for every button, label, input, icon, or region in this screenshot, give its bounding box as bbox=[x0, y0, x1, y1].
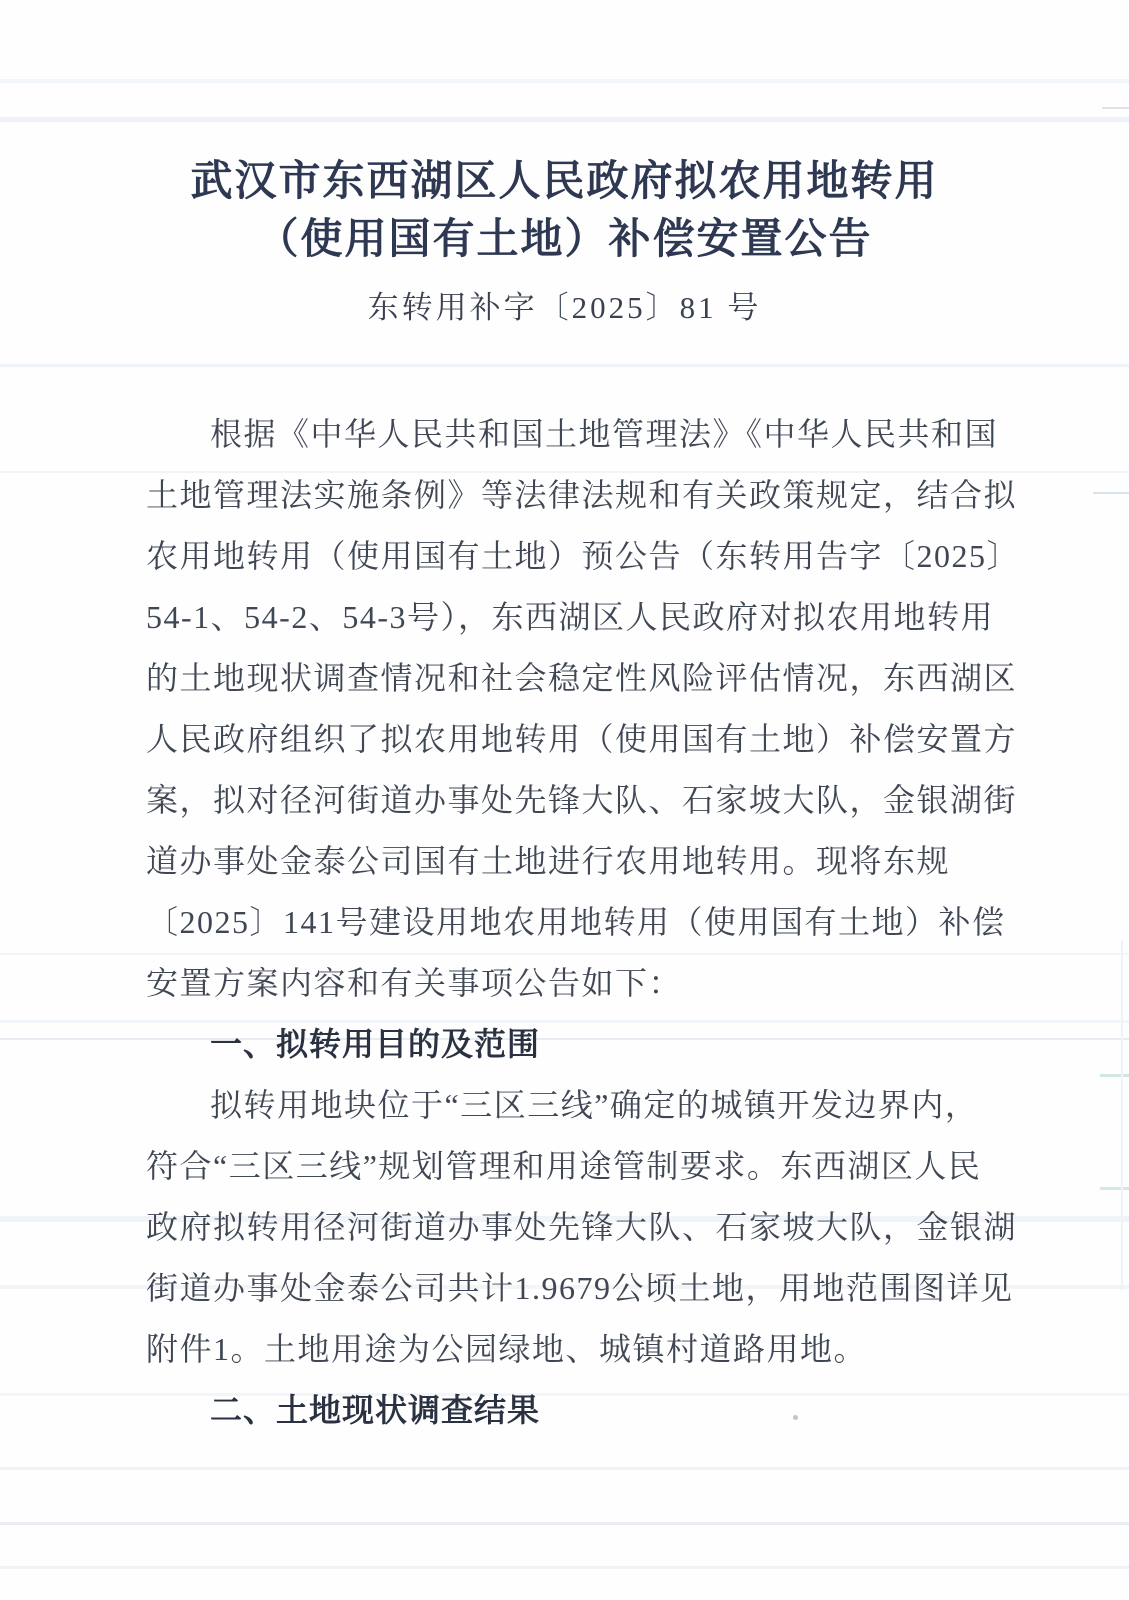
body-line: 土地管理法实施条例》等法律法规和有关政策规定，结合拟 bbox=[146, 465, 986, 526]
body-line: 安置方案内容和有关事项公告如下： bbox=[146, 953, 986, 1014]
body-line: 政府拟转用径河街道办事处先锋大队、石家坡大队，金银湖 bbox=[146, 1197, 986, 1258]
body-line: 街道办事处金泰公司共计1.9679公顷土地，用地范围图详见 bbox=[146, 1258, 986, 1319]
scan-mark bbox=[1102, 107, 1129, 109]
scan-artifact bbox=[0, 1467, 1129, 1470]
body-line: 案，拟对径河街道办事处先锋大队、石家坡大队，金银湖街 bbox=[146, 770, 986, 831]
scan-artifact bbox=[0, 364, 1129, 367]
body-line: 附件1。土地用途为公园绿地、城镇村道路用地。 bbox=[146, 1319, 986, 1380]
body-line: 人民政府组织了拟农用地转用（使用国有土地）补偿安置方 bbox=[146, 709, 986, 770]
scan-mark bbox=[1100, 1187, 1129, 1190]
body-line: 54-1、54-2、54-3号），东西湖区人民政府对拟农用地转用 bbox=[146, 587, 986, 648]
doc-title-line1: 武汉市东西湖区人民政府拟农用地转用 bbox=[0, 152, 1129, 210]
body-line: 符合“三区三线”规划管理和用途管制要求。东西湖区人民 bbox=[146, 1136, 986, 1197]
scan-artifact bbox=[0, 117, 1129, 122]
scan-artifact bbox=[0, 79, 1129, 83]
doc-body: 根据《中华人民共和国土地管理法》《中华人民共和国 土地管理法实施条例》等法律法规… bbox=[146, 404, 986, 1441]
section-heading-2: 二、土地现状调查结果 bbox=[146, 1380, 986, 1441]
document-page: 武汉市东西湖区人民政府拟农用地转用 （使用国有土地）补偿安置公告 东转用补字〔2… bbox=[0, 0, 1129, 1600]
doc-title-line2: （使用国有土地）补偿安置公告 bbox=[0, 210, 1129, 268]
body-line: 道办事处金泰公司国有土地进行农用地转用。现将东规 bbox=[146, 831, 986, 892]
scan-artifact bbox=[0, 1522, 1129, 1525]
scan-mark bbox=[1121, 940, 1123, 1290]
doc-number: 东转用补字〔2025〕81 号 bbox=[0, 288, 1129, 328]
body-line: 〔2025〕141号建设用地农用地转用（使用国有土地）补偿 bbox=[146, 892, 986, 953]
section-heading-1: 一、拟转用目的及范围 bbox=[146, 1014, 986, 1075]
body-line: 拟转用地块位于“三区三线”确定的城镇开发边界内， bbox=[146, 1075, 986, 1136]
scan-artifact bbox=[0, 1566, 1129, 1569]
body-line: 的土地现状调查情况和社会稳定性风险评估情况，东西湖区 bbox=[146, 648, 986, 709]
scan-mark bbox=[1093, 492, 1129, 494]
body-line: 农用地转用（使用国有土地）预公告（东转用告字〔2025〕 bbox=[146, 526, 986, 587]
doc-title: 武汉市东西湖区人民政府拟农用地转用 （使用国有土地）补偿安置公告 bbox=[0, 152, 1129, 268]
body-line: 根据《中华人民共和国土地管理法》《中华人民共和国 bbox=[146, 404, 986, 465]
scan-mark bbox=[1100, 1074, 1129, 1077]
